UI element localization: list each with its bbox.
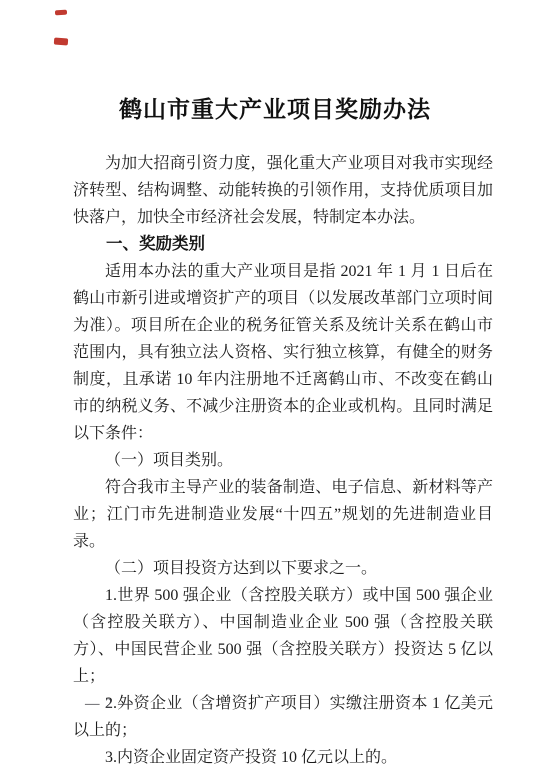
red-corner-mark-top [55,10,67,16]
paragraph: 适用本办法的重大产业项目是指 2021 年 1 月 1 日后在鹤山市新引进或增资… [73,258,493,447]
paragraph: 符合我市主导产业的装备制造、电子信息、新材料等产业；江门市先进制造业发展“十四五… [73,474,493,555]
red-corner-mark-bottom [54,38,68,46]
paragraph: 1.世界 500 强企业（含控股关联方）或中国 500 强企业（含控股关联方）、… [73,582,493,690]
document-title: 鹤山市重大产业项目奖励办法 [0,91,550,124]
page-number: — 2 — [85,696,134,713]
paragraph: 为加大招商引资力度，强化重大产业项目对我市实现经济转型、结构调整、动能转换的引领… [73,150,493,231]
paragraph: （二）项目投资方达到以下要求之一。 [73,555,493,582]
document-page: 鹤山市重大产业项目奖励办法 为加大招商引资力度，强化重大产业项目对我市实现经济转… [0,0,550,778]
section-heading: 一、奖励类别 [73,231,493,258]
paragraph: （一）项目类别。 [73,447,493,474]
paragraph: 3.内资企业固定资产投资 10 亿元以上的。 [73,744,493,771]
paragraph: 2.外资企业（含增资扩产项目）实缴注册资本 1 亿美元以上的； [73,690,493,744]
document-body: 为加大招商引资力度，强化重大产业项目对我市实现经济转型、结构调整、动能转换的引领… [73,150,493,771]
